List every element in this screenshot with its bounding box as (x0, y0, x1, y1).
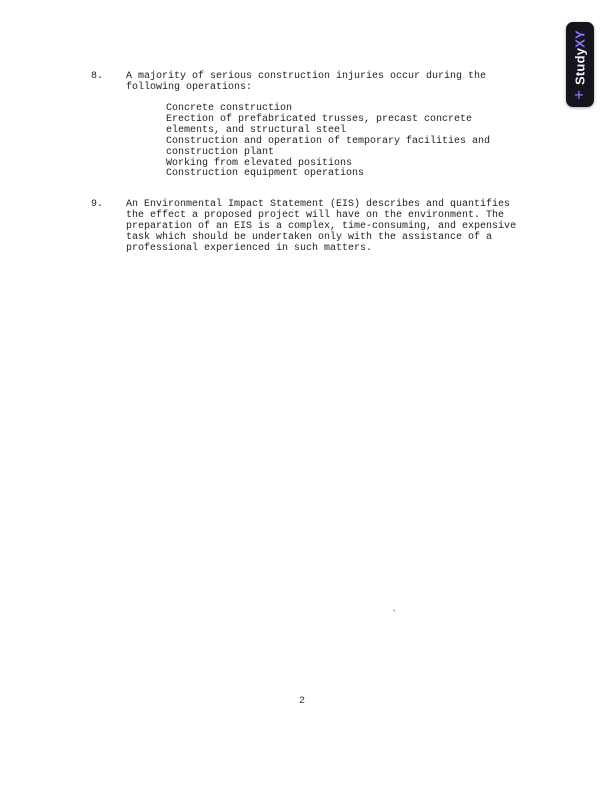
item-8-sublist: Concrete construction Erection of prefab… (166, 104, 490, 180)
studyxy-badge[interactable]: + StudyXY (566, 22, 594, 107)
scan-speck (393, 609, 395, 612)
page-number: 2 (299, 697, 305, 708)
brand-name-accent: XY (573, 30, 588, 48)
item-9-body: An Environmental Impact Statement (EIS) … (126, 200, 516, 255)
item-8-body: A majority of serious construction injur… (126, 72, 486, 94)
document-page: + StudyXY 8. A majority of serious const… (0, 0, 612, 792)
plus-icon: + (571, 89, 588, 99)
item-9-number: 9. (91, 200, 103, 211)
brand-name: StudyXY (574, 30, 587, 85)
item-8-number: 8. (91, 72, 103, 83)
brand-name-primary: Study (573, 47, 588, 84)
studyxy-badge-content: + StudyXY (572, 30, 589, 100)
